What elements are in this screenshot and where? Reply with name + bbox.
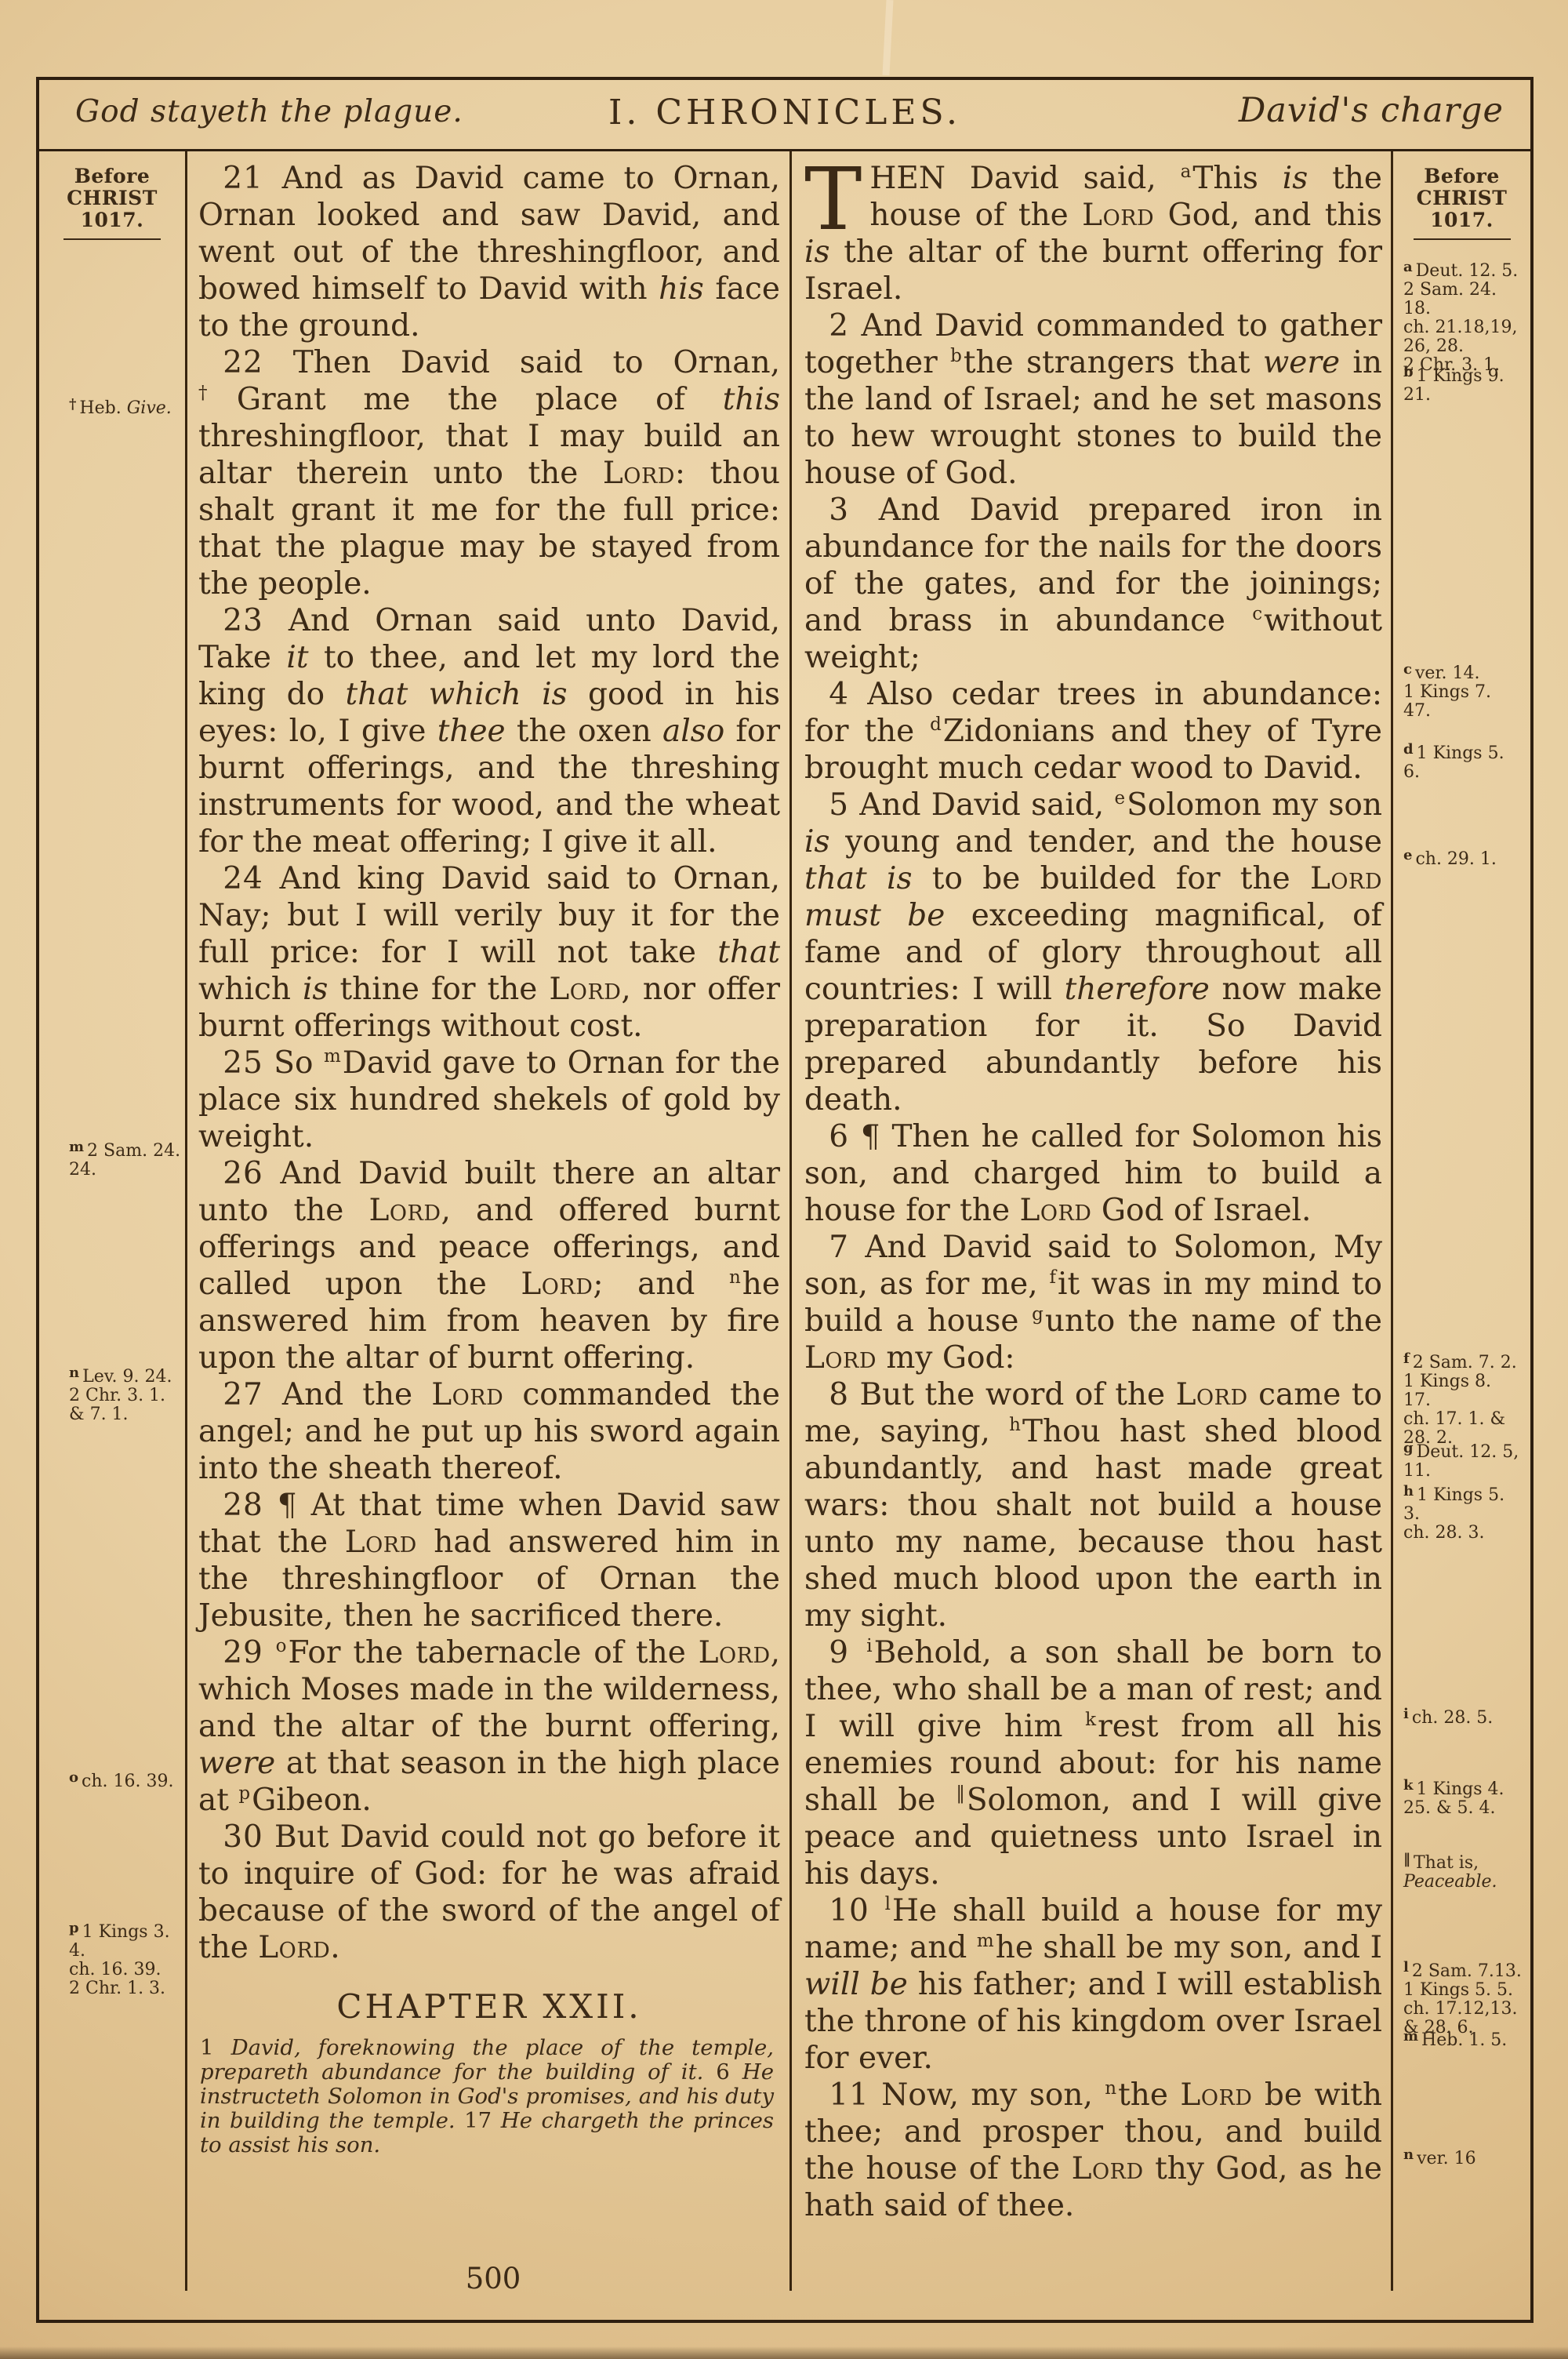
- cross-reference-mark: i: [866, 1636, 872, 1656]
- verse: 22 Then David said to Ornan, †Grant me t…: [198, 344, 780, 602]
- margin-note: h1 Kings 5.3.ch. 28. 3.: [1403, 1482, 1524, 1543]
- verse-number: 25: [223, 1045, 263, 1081]
- margin-rule: [64, 238, 161, 240]
- verse: 10 lHe shall build a house for my name; …: [804, 1892, 1382, 2077]
- note-reference-letter: †: [69, 396, 76, 413]
- margin-note: ech. 29. 1.: [1403, 846, 1524, 869]
- cross-reference-mark: c: [1252, 604, 1262, 624]
- verse-number: 5: [829, 787, 849, 823]
- verse: 7 And David said to Solomon, My son, as …: [804, 1229, 1382, 1376]
- divine-name: Lord: [521, 1267, 593, 1302]
- note-reference-letter: n: [69, 1365, 79, 1381]
- note-reference-letter: o: [69, 1769, 78, 1786]
- right-margin-column: Before CHRIST 1017. aDeut. 12. 5.2 Sam. …: [1393, 151, 1530, 2320]
- divine-name: Lord: [1019, 1193, 1091, 1228]
- note-reference-letter: m: [1403, 2028, 1418, 2045]
- margin-note: cver. 14.1 Kings 7.47.: [1403, 660, 1524, 721]
- verse: 28 ¶ At that time when David saw that th…: [198, 1487, 780, 1634]
- cross-reference-mark: n: [729, 1267, 741, 1288]
- note-reference-letter: p: [69, 1920, 79, 1936]
- divine-name: Lord: [368, 1193, 441, 1228]
- note-reference-letter: h: [1403, 1483, 1414, 1499]
- verse: 2 And David commanded to gather together…: [804, 307, 1382, 492]
- before-christ-line: 1017.: [39, 209, 185, 231]
- margin-note: p1 Kings 3.4.ch. 16. 39.2 Chr. 1. 3.: [69, 1919, 182, 1998]
- margin-note: aDeut. 12. 5.2 Sam. 24.18.ch. 21.18,19,2…: [1403, 258, 1524, 375]
- verse-number: 28: [223, 1488, 263, 1523]
- verse-number: 8: [829, 1377, 849, 1412]
- chapter-heading: CHAPTER XXII.: [198, 1988, 780, 2025]
- cross-reference-mark: n: [1105, 2078, 1116, 2099]
- running-head-left: God stayeth the plague.: [75, 94, 463, 129]
- verse-number: 22: [223, 345, 263, 380]
- before-christ-block-right: Before CHRIST 1017.: [1393, 165, 1530, 240]
- verse: 3 And David prepared iron in abundance f…: [804, 492, 1382, 676]
- divine-name: Lord: [1310, 861, 1382, 896]
- verse-number: 2: [829, 308, 849, 343]
- margin-note: nLev. 9. 24.2 Chr. 3. 1.& 7. 1.: [69, 1364, 182, 1424]
- margin-note: och. 16. 39.: [69, 1768, 182, 1791]
- cross-reference-mark: f: [1049, 1267, 1056, 1288]
- verse-number: 23: [223, 603, 263, 638]
- cross-reference-mark: b: [950, 346, 962, 366]
- verse: 25 So mDavid gave to Ornan for the place…: [198, 1045, 780, 1155]
- margin-note: †Heb. Give.: [69, 395, 182, 418]
- verse: 23 And Ornan said unto David, Take it to…: [198, 602, 780, 860]
- divine-name: Lord: [345, 1525, 417, 1560]
- verse-number: 29: [223, 1635, 263, 1670]
- verse-number: 27: [223, 1377, 263, 1412]
- divine-name: Lord: [1072, 2151, 1144, 2186]
- cross-reference-mark: p: [238, 1783, 250, 1804]
- note-reference-letter: i: [1403, 1706, 1409, 1722]
- cross-reference-mark: e: [1114, 788, 1125, 809]
- left-margin-column: Before CHRIST 1017. †Heb. Give.m2 Sam. 2…: [39, 151, 185, 2320]
- cross-reference-mark: ‖: [956, 1783, 965, 1804]
- bible-page: God stayeth the plague. I. CHRONICLES. D…: [36, 77, 1534, 2323]
- divine-name: Lord: [804, 1340, 877, 1376]
- verse: 11 Now, my son, nthe Lord be with thee; …: [804, 2077, 1382, 2224]
- note-reference-letter: l: [1403, 1959, 1409, 1976]
- verse-number: 7: [829, 1230, 849, 1265]
- note-reference-letter: ‖: [1403, 1851, 1410, 1867]
- margin-note: f2 Sam. 7. 2.1 Kings 8.17.ch. 17. 1. &28…: [1403, 1350, 1524, 1448]
- verse: 24 And king David said to Ornan, Nay; bu…: [198, 860, 780, 1045]
- before-christ-line: CHRIST: [1393, 187, 1530, 209]
- left-column-verses: 21 And as David came to Ornan, Ornan loo…: [198, 160, 780, 1966]
- right-text-column: THEN David said, aThis is the house of t…: [792, 151, 1390, 2224]
- divine-name: Lord: [699, 1635, 771, 1670]
- verse-number: 24: [223, 861, 263, 896]
- paper-crease: [882, 0, 893, 75]
- note-reference-letter: m: [69, 1139, 84, 1155]
- verse: 8 But the word of the Lord came to me, s…: [804, 1376, 1382, 1634]
- margin-note: k1 Kings 4.25. & 5. 4.: [1403, 1776, 1524, 1818]
- before-christ-line: Before: [39, 165, 185, 187]
- left-text-column: 21 And as David came to Ornan, Ornan loo…: [187, 151, 789, 2157]
- drop-cap: T: [804, 160, 869, 232]
- verse-number: 21: [223, 161, 263, 196]
- cross-reference-mark: l: [885, 1894, 891, 1914]
- margin-rule: [1414, 238, 1511, 240]
- photo-bottom-edge: [0, 2346, 1568, 2359]
- verse: 5 And David said, eSolomon my son is you…: [804, 787, 1382, 1118]
- page-number: 500: [376, 2262, 611, 2295]
- before-christ-line: 1017.: [1393, 209, 1530, 231]
- cross-reference-mark: h: [1009, 1415, 1021, 1435]
- before-christ-block-left: Before CHRIST 1017.: [39, 165, 185, 240]
- chapter-summary: 1 David, foreknowing the place of the te…: [198, 2036, 780, 2157]
- margin-note: ich. 28. 5.: [1403, 1705, 1524, 1728]
- verse: 9 iBehold, a son shall be born to thee, …: [804, 1634, 1382, 1892]
- cross-reference-mark: †: [198, 383, 235, 403]
- cross-reference-mark: d: [930, 714, 942, 735]
- verse-number: 10: [829, 1893, 869, 1928]
- divine-name: Lord: [1082, 198, 1154, 233]
- divine-name: Lord: [603, 456, 675, 491]
- divine-name: Lord: [1176, 1377, 1248, 1412]
- margin-note: ‖That is,Peaceable.: [1403, 1850, 1524, 1892]
- verse-number: 3: [829, 493, 849, 528]
- verse: 26 And David built there an altar unto t…: [198, 1155, 780, 1376]
- cross-reference-mark: m: [977, 1931, 994, 1951]
- note-reference-letter: b: [1403, 364, 1414, 380]
- note-reference-letter: g: [1403, 1440, 1414, 1456]
- verse-number: 26: [223, 1156, 263, 1191]
- verse: 4 Also cedar trees in abundance: for the…: [804, 676, 1382, 787]
- verse-number: 4: [829, 677, 849, 712]
- margin-note: nver. 16: [1403, 2146, 1524, 2168]
- divine-name: Lord: [258, 1930, 330, 1965]
- cross-reference-mark: o: [276, 1636, 287, 1656]
- running-head-center: I. CHRONICLES.: [608, 93, 961, 133]
- note-reference-letter: n: [1403, 2146, 1414, 2163]
- margin-note: b1 Kings 9.21.: [1403, 363, 1524, 405]
- cross-reference-mark: a: [1181, 162, 1192, 182]
- verse: THEN David said, aThis is the house of t…: [804, 160, 1382, 307]
- cross-reference-mark: m: [324, 1046, 341, 1067]
- verse: 30 But David could not go before it to i…: [198, 1819, 780, 1966]
- divine-name: Lord: [431, 1377, 503, 1412]
- before-christ-line: CHRIST: [39, 187, 185, 209]
- running-head: God stayeth the plague. I. CHRONICLES. D…: [39, 80, 1530, 151]
- note-reference-letter: f: [1403, 1350, 1410, 1367]
- margin-note: l2 Sam. 7.13.1 Kings 5. 5.ch. 17.12,13.&…: [1403, 1958, 1524, 2037]
- verse: 27 And the Lord commanded the angel; and…: [198, 1376, 780, 1487]
- note-reference-letter: c: [1403, 661, 1412, 678]
- note-reference-letter: d: [1403, 741, 1414, 758]
- verse: 29 oFor the tabernacle of the Lord, whic…: [198, 1634, 780, 1819]
- margin-note: gDeut. 12. 5,11.: [1403, 1439, 1524, 1481]
- verse-number: 11: [829, 2077, 869, 2113]
- note-reference-letter: e: [1403, 847, 1412, 863]
- cross-reference-mark: k: [1085, 1710, 1096, 1730]
- divine-name: Lord: [549, 972, 621, 1007]
- note-reference-letter: k: [1403, 1777, 1413, 1794]
- margin-note: m2 Sam. 24.24.: [69, 1138, 182, 1179]
- verse-number: 30: [223, 1819, 263, 1855]
- divine-name: Lord: [1180, 2077, 1252, 2113]
- margin-note: d1 Kings 5.6.: [1403, 740, 1524, 782]
- cross-reference-mark: g: [1032, 1304, 1044, 1325]
- before-christ-line: Before: [1393, 165, 1530, 187]
- note-reference-letter: a: [1403, 259, 1413, 275]
- running-head-right: David's charge: [1239, 91, 1504, 130]
- verse: 21 And as David came to Ornan, Ornan loo…: [198, 160, 780, 344]
- book-page-photo: { "ink_color": "#3c2a16", "paper_color":…: [0, 0, 1568, 2359]
- verse: 6 ¶ Then he called for Solomon his son, …: [804, 1118, 1382, 1229]
- verse-number: 9: [829, 1635, 849, 1670]
- right-column-verses: THEN David said, aThis is the house of t…: [804, 160, 1382, 2224]
- verse-number: 6: [829, 1119, 849, 1154]
- margin-note: mHeb. 1. 5.: [1403, 2027, 1524, 2050]
